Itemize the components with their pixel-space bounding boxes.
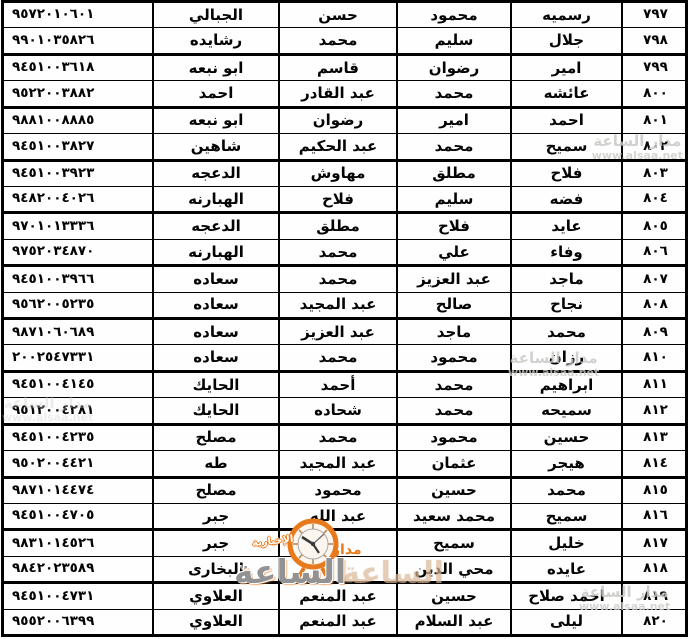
table-row: ٨١٢ سميحه محمد شحاده الحايك ٩٥١٢٠٠٤٢٨١ — [4, 398, 685, 425]
table-row: ٨١١ ابراهيم محمد أحمد الحايك ٩٤٥١٠٠٤١٤٥ — [4, 373, 685, 398]
cell-grandfather-name: حسن — [278, 3, 396, 27]
table-row: ٨٠٥ عايد فلاح مطلق الدعجه ٩٧٠١٠١٣٣٣٦ — [4, 214, 685, 239]
cell-family-name: سعاده — [152, 320, 278, 344]
cell-family-name: العلاوي — [152, 610, 278, 634]
cell-serial-number: ٨٠٣ — [621, 162, 685, 186]
cell-national-id: ٩٤٨٢٠٠٤٠٢٦ — [4, 187, 152, 211]
cell-grandfather-name: مطلق — [278, 214, 396, 238]
cell-national-id: ٩٨٧١٠١٤٤٧٤ — [4, 479, 152, 503]
cell-grandfather-name: عبد المنعم — [278, 610, 396, 634]
cell-first-name: رزان — [510, 345, 621, 369]
cell-national-id: ٢٠٠٢٥٤٧٣٣١ — [4, 345, 152, 369]
cell-national-id: ٩٧٠١٠١٣٣٣٦ — [4, 214, 152, 238]
cell-father-name: صالح — [396, 293, 510, 317]
cell-grandfather-name: محمود — [278, 479, 396, 503]
cell-national-id: ٩٤٥١٠٠٤٧٠٥ — [4, 504, 152, 528]
cell-national-id: ٩٥٢٢٠٠٣٨٨٢ — [4, 81, 152, 105]
cell-first-name: خليل — [510, 531, 621, 555]
cell-national-id: ٩٥٠٢٠٠٤٤٢١ — [4, 451, 152, 475]
cell-father-name: سميح — [396, 531, 510, 555]
table-row: ٨٠٨ نجاح صالح عبد المجيد سعاده ٩٥٦٢٠٠٥٢٣… — [4, 293, 685, 320]
cell-serial-number: ٨١٦ — [621, 504, 685, 528]
cell-father-name: محي الدين — [396, 557, 510, 581]
cell-family-name: الدعجه — [152, 214, 278, 238]
cell-father-name: مطلق — [396, 162, 510, 186]
cell-grandfather-name: قاسم — [278, 56, 396, 80]
cell-family-name: العلاوي — [152, 584, 278, 608]
cell-father-name: عبد العزيز — [396, 267, 510, 291]
cell-family-name: سعاده — [152, 267, 278, 291]
cell-serial-number: ٨١٠ — [621, 345, 685, 369]
cell-first-name: فضه — [510, 187, 621, 211]
cell-national-id: ٩٤٥١٠٠٤١٤٥ — [4, 373, 152, 397]
cell-national-id: ٩٧٥٢٠٣٤٨٧٠ — [4, 240, 152, 264]
cell-father-name: حسين — [396, 479, 510, 503]
cell-grandfather-name: محمد — [278, 426, 396, 450]
cell-family-name: سعاده — [152, 293, 278, 317]
cell-father-name: حسين — [396, 584, 510, 608]
cell-first-name: سميحه — [510, 398, 621, 422]
cell-first-name: سميح — [510, 504, 621, 528]
cell-grandfather-name: رضوان — [278, 109, 396, 133]
cell-national-id: ٩٤٥١٠٠٤٢٣٥ — [4, 426, 152, 450]
cell-first-name: عايد — [510, 214, 621, 238]
cell-national-id: ٩٤٥١٠٠٣٩٢٣ — [4, 162, 152, 186]
cell-family-name: البخارى — [152, 557, 278, 581]
cell-national-id: ٩٤٥١٠٠٣٨٢٧ — [4, 134, 152, 158]
cell-first-name: محمد — [510, 479, 621, 503]
cell-grandfather-name: عبد الله — [278, 504, 396, 528]
table-row: ٨١٠ رزان محمود محمد سعاده ٢٠٠٢٥٤٧٣٣١ — [4, 345, 685, 372]
cell-national-id: ٩٩٠١٠٣٥٨٢٦ — [4, 28, 152, 52]
cell-national-id: ٩٤٥١٠٠٣٦١٨ — [4, 56, 152, 80]
table-row: ٨١٣ حسين محمود محمد مصلح ٩٤٥١٠٠٤٢٣٥ — [4, 426, 685, 451]
table-row: ٧٩٧ رسميه محمود حسن الجبالي ٩٥٧٢٠١٠٦٠١ — [4, 3, 685, 28]
cell-father-name: رضوان — [396, 56, 510, 80]
cell-serial-number: ٨٠٢ — [621, 134, 685, 158]
cell-serial-number: ٨٢٠ — [621, 610, 685, 634]
table-row: ٨١٤ هيجر عثمان عبد المجيد طه ٩٥٠٢٠٠٤٤٢١ — [4, 451, 685, 478]
cell-first-name: ماجد — [510, 267, 621, 291]
cell-first-name: امير — [510, 56, 621, 80]
table-row: ٨١٨ عايده محي الدين البخارى ٩٨٤٢٠٢٣٥٨٩ — [4, 557, 685, 584]
cell-serial-number: ٨١٢ — [621, 398, 685, 422]
cell-grandfather-name: محمد — [278, 267, 396, 291]
cell-national-id: ٩٨٣١٠١٤٥٢٦ — [4, 531, 152, 555]
cell-father-name: محمود — [396, 3, 510, 27]
cell-serial-number: ٨٠١ — [621, 109, 685, 133]
cell-serial-number: ٧٩٩ — [621, 56, 685, 80]
table-row: ٧٩٨ جلال سليم محمد رشايده ٩٩٠١٠٣٥٨٢٦ — [4, 28, 685, 55]
table-row: ٨٠٩ محمد ماجد عبد العزيز سعاده ٩٨٧١٠٦٠٦٨… — [4, 320, 685, 345]
cell-serial-number: ٨١١ — [621, 373, 685, 397]
cell-first-name: احمد صلاح — [510, 584, 621, 608]
table-row: ٧٩٩ امير رضوان قاسم ابو نبعه ٩٤٥١٠٠٣٦١٨ — [4, 56, 685, 81]
cell-family-name: رشايده — [152, 28, 278, 52]
cell-father-name: محمد — [396, 134, 510, 158]
table-row: ٨٠٢ سميح محمد عبد الحكيم شاهين ٩٤٥١٠٠٣٨٢… — [4, 134, 685, 161]
cell-national-id: ٩٤٥١٠٠٤٧٣١ — [4, 584, 152, 608]
cell-first-name: حسين — [510, 426, 621, 450]
cell-family-name: مصلح — [152, 426, 278, 450]
cell-father-name: عثمان — [396, 451, 510, 475]
table-row: ٨٢٠ ليلى عبد السلام عبد المنعم العلاوي ٩… — [4, 610, 685, 634]
cell-family-name: الهبارنه — [152, 240, 278, 264]
cell-father-name: ماجد — [396, 320, 510, 344]
cell-serial-number: ٨١٥ — [621, 479, 685, 503]
cell-serial-number: ٨١٩ — [621, 584, 685, 608]
cell-national-id: ٩٥٥٢٠٠٦٣٩٩ — [4, 610, 152, 634]
cell-father-name: محمود — [396, 345, 510, 369]
cell-national-id: ٩٥٦٢٠٠٥٢٣٥ — [4, 293, 152, 317]
cell-serial-number: ٧٩٨ — [621, 28, 685, 52]
cell-first-name: وفاء — [510, 240, 621, 264]
cell-serial-number: ٨٠٥ — [621, 214, 685, 238]
cell-first-name: عايده — [510, 557, 621, 581]
cell-serial-number: ٨٠٨ — [621, 293, 685, 317]
cell-grandfather-name — [278, 531, 396, 555]
table-row: ٨٠٦ وفاء علي محمد الهبارنه ٩٧٥٢٠٣٤٨٧٠ — [4, 240, 685, 267]
cell-family-name: الجبالي — [152, 3, 278, 27]
cell-serial-number: ٨١٧ — [621, 531, 685, 555]
cell-national-id: ٩٥١٢٠٠٤٢٨١ — [4, 398, 152, 422]
cell-family-name: مصلح — [152, 479, 278, 503]
cell-grandfather-name: عبد المجيد — [278, 293, 396, 317]
cell-father-name: محمد سعيد — [396, 504, 510, 528]
cell-grandfather-name: محمد — [278, 240, 396, 264]
cell-father-name: محمود — [396, 426, 510, 450]
cell-grandfather-name: عبد العزيز — [278, 320, 396, 344]
cell-first-name: هيجر — [510, 451, 621, 475]
cell-father-name: علي — [396, 240, 510, 264]
cell-serial-number: ٨١٤ — [621, 451, 685, 475]
table-row: ٨٠٧ ماجد عبد العزيز محمد سعاده ٩٤٥١٠٠٣٩٦… — [4, 267, 685, 292]
table-row: ٨١٥ محمد حسين محمود مصلح ٩٨٧١٠١٤٤٧٤ — [4, 479, 685, 504]
cell-grandfather-name: مهاوش — [278, 162, 396, 186]
cell-grandfather-name: عبد المجيد — [278, 451, 396, 475]
cell-serial-number: ٨٠٠ — [621, 81, 685, 105]
cell-serial-number: ٨١٣ — [621, 426, 685, 450]
cell-father-name: محمد — [396, 373, 510, 397]
cell-serial-number: ٨٠٧ — [621, 267, 685, 291]
cell-family-name: جبر — [152, 504, 278, 528]
cell-father-name: سليم — [396, 28, 510, 52]
cell-first-name: نجاح — [510, 293, 621, 317]
cell-family-name: ابو نبعه — [152, 56, 278, 80]
cell-family-name: ابو نبعه — [152, 109, 278, 133]
cell-first-name: جلال — [510, 28, 621, 52]
cell-grandfather-name: محمد — [278, 28, 396, 52]
table-row: ٨٠٤ فضه سليم فلاح الهبارنه ٩٤٨٢٠٠٤٠٢٦ — [4, 187, 685, 214]
cell-first-name: ليلى — [510, 610, 621, 634]
cell-grandfather-name — [278, 557, 396, 581]
table-row: ٨١٩ احمد صلاح حسين عبد المنعم العلاوي ٩٤… — [4, 584, 685, 609]
cell-family-name: شاهين — [152, 134, 278, 158]
cell-father-name: امير — [396, 109, 510, 133]
table-row: ٨٠٣ فلاح مطلق مهاوش الدعجه ٩٤٥١٠٠٣٩٢٣ — [4, 162, 685, 187]
cell-family-name: الحايك — [152, 373, 278, 397]
cell-first-name: محمد — [510, 320, 621, 344]
cell-family-name: طه — [152, 451, 278, 475]
table-row: ٨١٦ سميح محمد سعيد عبد الله جبر ٩٤٥١٠٠٤٧… — [4, 504, 685, 531]
cell-family-name: الدعجه — [152, 162, 278, 186]
cell-serial-number: ٨٠٤ — [621, 187, 685, 211]
cell-grandfather-name: محمد — [278, 345, 396, 369]
cell-family-name: جبر — [152, 531, 278, 555]
cell-father-name: محمد — [396, 81, 510, 105]
cell-family-name: سعاده — [152, 345, 278, 369]
cell-father-name: فلاح — [396, 214, 510, 238]
cell-serial-number: ٨٠٩ — [621, 320, 685, 344]
cell-first-name: رسميه — [510, 3, 621, 27]
cell-grandfather-name: عبد المنعم — [278, 584, 396, 608]
table-row: ٨١٧ خليل سميح جبر ٩٨٣١٠١٤٥٢٦ — [4, 531, 685, 556]
cell-grandfather-name: أحمد — [278, 373, 396, 397]
cell-first-name: سميح — [510, 134, 621, 158]
cell-serial-number: ٨٠٦ — [621, 240, 685, 264]
cell-family-name: احمد — [152, 81, 278, 105]
cell-national-id: ٩٨٨١٠٠٨٨٨٥ — [4, 109, 152, 133]
cell-family-name: الحايك — [152, 398, 278, 422]
cell-father-name: محمد — [396, 398, 510, 422]
cell-grandfather-name: شحاده — [278, 398, 396, 422]
cell-serial-number: ٨١٨ — [621, 557, 685, 581]
cell-first-name: فلاح — [510, 162, 621, 186]
cell-first-name: ابراهيم — [510, 373, 621, 397]
cell-national-id: ٩٥٧٢٠١٠٦٠١ — [4, 3, 152, 27]
records-table: ٧٩٧ رسميه محمود حسن الجبالي ٩٥٧٢٠١٠٦٠١ ٧… — [1, 0, 688, 637]
cell-father-name: عبد السلام — [396, 610, 510, 634]
cell-grandfather-name: فلاح — [278, 187, 396, 211]
cell-family-name: الهبارنه — [152, 187, 278, 211]
cell-grandfather-name: عبد الحكيم — [278, 134, 396, 158]
table-row: ٨٠٠ عائشه محمد عبد القادر احمد ٩٥٢٢٠٠٣٨٨… — [4, 81, 685, 108]
cell-first-name: عائشه — [510, 81, 621, 105]
cell-serial-number: ٧٩٧ — [621, 3, 685, 27]
cell-national-id: ٩٨٧١٠٦٠٦٨٩ — [4, 320, 152, 344]
cell-father-name: سليم — [396, 187, 510, 211]
cell-national-id: ٩٤٥١٠٠٣٩٦٦ — [4, 267, 152, 291]
table-row: ٨٠١ احمد امير رضوان ابو نبعه ٩٨٨١٠٠٨٨٨٥ — [4, 109, 685, 134]
cell-grandfather-name: عبد القادر — [278, 81, 396, 105]
cell-national-id: ٩٨٤٢٠٢٣٥٨٩ — [4, 557, 152, 581]
cell-first-name: احمد — [510, 109, 621, 133]
